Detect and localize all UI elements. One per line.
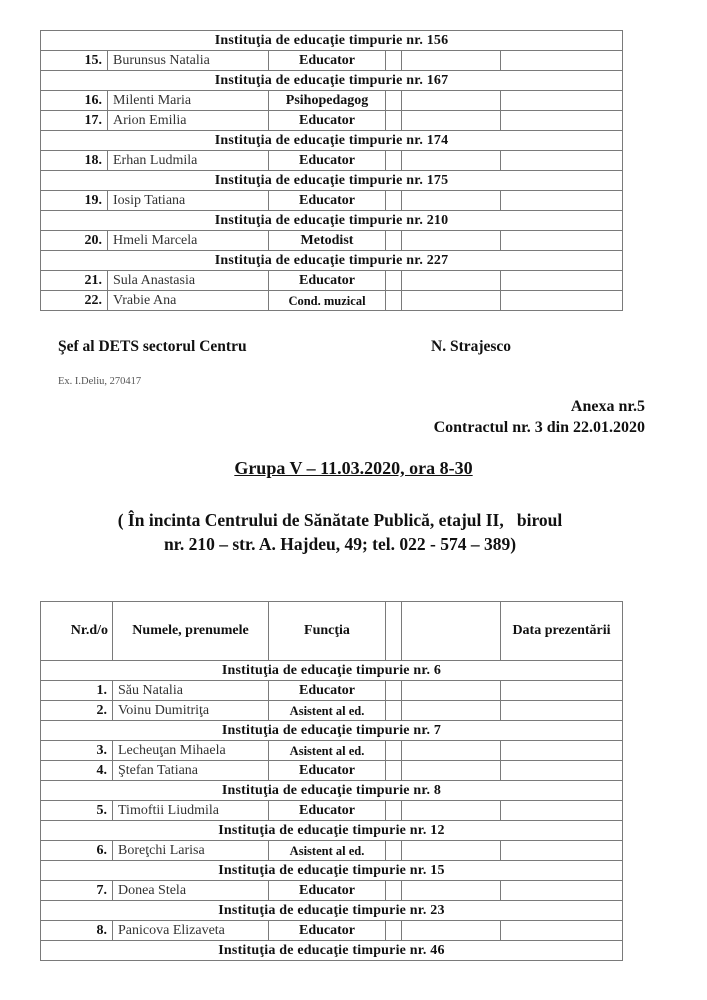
employee-name: Milenti Maria [108,91,269,111]
row-number: 2. [41,701,113,721]
institution-name: Instituţia de educaţie timpurie nr. 6 [41,661,623,681]
employee-name: Iosip Tatiana [108,191,269,211]
date-cell [501,191,623,211]
table-row: 19.Iosip TatianaEducator [41,191,623,211]
empty-cell [386,841,402,861]
header-nr: Nr.d/o [41,602,113,661]
table-row: 4.Ştefan TatianaEducator [41,761,623,781]
empty-cell [402,761,501,781]
annex-header: Anexa nr.5 Contractul nr. 3 din 22.01.20… [434,396,645,438]
empty-cell [386,921,402,941]
row-number: 20. [41,231,108,251]
institution-row: Instituţia de educaţie timpurie nr. 23 [41,901,623,921]
row-number: 4. [41,761,113,781]
empty-cell [386,881,402,901]
date-cell [501,681,623,701]
institution-name: Instituţia de educaţie timpurie nr. 175 [41,171,623,191]
employee-function: Educator [269,761,386,781]
empty-cell [386,701,402,721]
row-number: 1. [41,681,113,701]
location-info: ( În incinta Centrului de Sănătate Publi… [40,508,640,556]
empty-cell [386,151,402,171]
row-number: 19. [41,191,108,211]
date-cell [501,111,623,131]
institution-row: Instituţia de educaţie timpurie nr. 174 [41,131,623,151]
employee-name: Ştefan Tatiana [113,761,269,781]
institution-row: Instituţia de educaţie timpurie nr. 46 [41,941,623,961]
empty-cell [402,701,501,721]
employee-name: Lecheuţan Mihaela [113,741,269,761]
empty-cell [386,51,402,71]
employee-name: Erhan Ludmila [108,151,269,171]
institution-name: Instituţia de educaţie timpurie nr. 156 [41,31,623,51]
institution-name: Instituţia de educaţie timpurie nr. 46 [41,941,623,961]
employee-function: Psihopedagog [269,91,386,111]
row-number: 8. [41,921,113,941]
employee-name: Său Natalia [113,681,269,701]
employee-name: Voinu Dumitriţa [113,701,269,721]
employee-function: Educator [269,681,386,701]
empty-cell [402,841,501,861]
group-title: Grupa V – 11.03.2020, ora 8-30 [0,458,707,479]
employee-name: Sula Anastasia [108,271,269,291]
row-number: 17. [41,111,108,131]
table-row: 3.Lecheuţan MihaelaAsistent al ed. [41,741,623,761]
empty-cell [386,231,402,251]
date-cell [501,91,623,111]
table-row: 16.Milenti MariaPsihopedagog [41,91,623,111]
employee-name: Timoftii Liudmila [113,801,269,821]
date-cell [501,701,623,721]
executor-note: Ex. I.Deliu, 270417 [58,376,141,387]
date-cell [501,741,623,761]
empty-cell [402,921,501,941]
row-number: 18. [41,151,108,171]
empty-cell [402,741,501,761]
table-row: 17.Arion EmiliaEducator [41,111,623,131]
date-cell [501,231,623,251]
employee-function: Educator [269,921,386,941]
empty-cell [402,881,501,901]
empty-cell [402,231,501,251]
employee-name: Boreţchi Larisa [113,841,269,861]
empty-cell [386,191,402,211]
employee-function: Educator [269,111,386,131]
institution-name: Instituţia de educaţie timpurie nr. 23 [41,901,623,921]
employee-name: Donea Stela [113,881,269,901]
empty-cell [386,741,402,761]
row-number: 6. [41,841,113,861]
empty-cell [402,191,501,211]
employee-name: Hmeli Marcela [108,231,269,251]
row-number: 7. [41,881,113,901]
employee-name: Panicova Elizaveta [113,921,269,941]
contract-reference: Contractul nr. 3 din 22.01.2020 [434,417,645,438]
date-cell [501,151,623,171]
table-row: 1.Său NataliaEducator [41,681,623,701]
date-cell [501,801,623,821]
employee-function: Educator [269,151,386,171]
employee-function: Educator [269,51,386,71]
header-function: Funcţia [269,602,386,661]
row-number: 15. [41,51,108,71]
institution-row: Instituţia de educaţie timpurie nr. 175 [41,171,623,191]
institution-row: Instituţia de educaţie timpurie nr. 6 [41,661,623,681]
empty-cell [386,111,402,131]
date-cell [501,921,623,941]
institution-name: Instituţia de educaţie timpurie nr. 174 [41,131,623,151]
date-cell [501,761,623,781]
signatory-name: N. Strajesco [431,338,511,356]
date-cell [501,291,623,311]
row-number: 16. [41,91,108,111]
row-number: 5. [41,801,113,821]
staff-table-group-v: Nr.d/o Numele, prenumele Funcţia Data pr… [40,601,623,961]
header-name: Numele, prenumele [113,602,269,661]
date-cell [501,51,623,71]
date-cell [501,271,623,291]
institution-name: Instituţia de educaţie timpurie nr. 227 [41,251,623,271]
table-row: 2.Voinu DumitriţaAsistent al ed. [41,701,623,721]
employee-name: Vrabie Ana [108,291,269,311]
institution-row: Instituţia de educaţie timpurie nr. 8 [41,781,623,801]
table-row: 18.Erhan LudmilaEducator [41,151,623,171]
top-table-body: Instituţia de educaţie timpurie nr. 1561… [41,31,623,311]
institution-name: Instituţia de educaţie timpurie nr. 210 [41,211,623,231]
employee-function: Asistent al ed. [269,701,386,721]
empty-cell [402,151,501,171]
location-line-1: ( În incinta Centrului de Sănătate Publi… [40,508,640,532]
table-row: 7.Donea StelaEducator [41,881,623,901]
institution-row: Instituţia de educaţie timpurie nr. 15 [41,861,623,881]
empty-cell [402,681,501,701]
institution-name: Instituţia de educaţie timpurie nr. 167 [41,71,623,91]
empty-cell [402,271,501,291]
employee-function: Asistent al ed. [269,841,386,861]
institution-row: Instituţia de educaţie timpurie nr. 7 [41,721,623,741]
empty-cell [386,801,402,821]
row-number: 22. [41,291,108,311]
institution-row: Instituţia de educaţie timpurie nr. 12 [41,821,623,841]
institution-name: Instituţia de educaţie timpurie nr. 12 [41,821,623,841]
staff-table-continued: Instituţia de educaţie timpurie nr. 1561… [40,30,623,311]
institution-name: Instituţia de educaţie timpurie nr. 8 [41,781,623,801]
table-row: 20.Hmeli MarcelaMetodist [41,231,623,251]
table-row: 5.Timoftii LiudmilaEducator [41,801,623,821]
annex-number: Anexa nr.5 [434,396,645,417]
table-row: 6.Boreţchi LarisaAsistent al ed. [41,841,623,861]
table-row: 21.Sula AnastasiaEducator [41,271,623,291]
row-number: 3. [41,741,113,761]
empty-cell [402,91,501,111]
employee-function: Educator [269,801,386,821]
institution-name: Instituţia de educaţie timpurie nr. 15 [41,861,623,881]
date-cell [501,841,623,861]
institution-row: Instituţia de educaţie timpurie nr. 156 [41,31,623,51]
employee-function: Educator [269,271,386,291]
institution-row: Instituţia de educaţie timpurie nr. 210 [41,211,623,231]
table-row: 22.Vrabie AnaCond. muzical [41,291,623,311]
date-cell [501,881,623,901]
header-date: Data prezentării [501,602,623,661]
location-line-2: nr. 210 – str. A. Hajdeu, 49; tel. 022 -… [40,532,640,556]
employee-function: Cond. muzical [269,291,386,311]
empty-cell [402,51,501,71]
table-header-row: Nr.d/o Numele, prenumele Funcţia Data pr… [41,602,623,661]
institution-name: Instituţia de educaţie timpurie nr. 7 [41,721,623,741]
empty-cell [402,801,501,821]
empty-cell [386,681,402,701]
table-row: 15.Burunsus NataliaEducator [41,51,623,71]
bottom-table-body: Nr.d/o Numele, prenumele Funcţia Data pr… [41,602,623,961]
empty-cell [386,291,402,311]
employee-function: Metodist [269,231,386,251]
empty-cell [386,271,402,291]
group-title-text: Grupa V – 11.03.2020, ora 8-30 [234,458,472,478]
header-empty-1 [386,602,402,661]
employee-function: Educator [269,881,386,901]
employee-function: Asistent al ed. [269,741,386,761]
institution-row: Instituţia de educaţie timpurie nr. 227 [41,251,623,271]
row-number: 21. [41,271,108,291]
institution-row: Instituţia de educaţie timpurie nr. 167 [41,71,623,91]
empty-cell [386,91,402,111]
table-row: 8.Panicova ElizavetaEducator [41,921,623,941]
employee-name: Burunsus Natalia [108,51,269,71]
signatory-position: Şef al DETS sectorul Centru [58,338,247,356]
employee-name: Arion Emilia [108,111,269,131]
header-empty-2 [402,602,501,661]
empty-cell [386,761,402,781]
empty-cell [402,291,501,311]
employee-function: Educator [269,191,386,211]
empty-cell [402,111,501,131]
